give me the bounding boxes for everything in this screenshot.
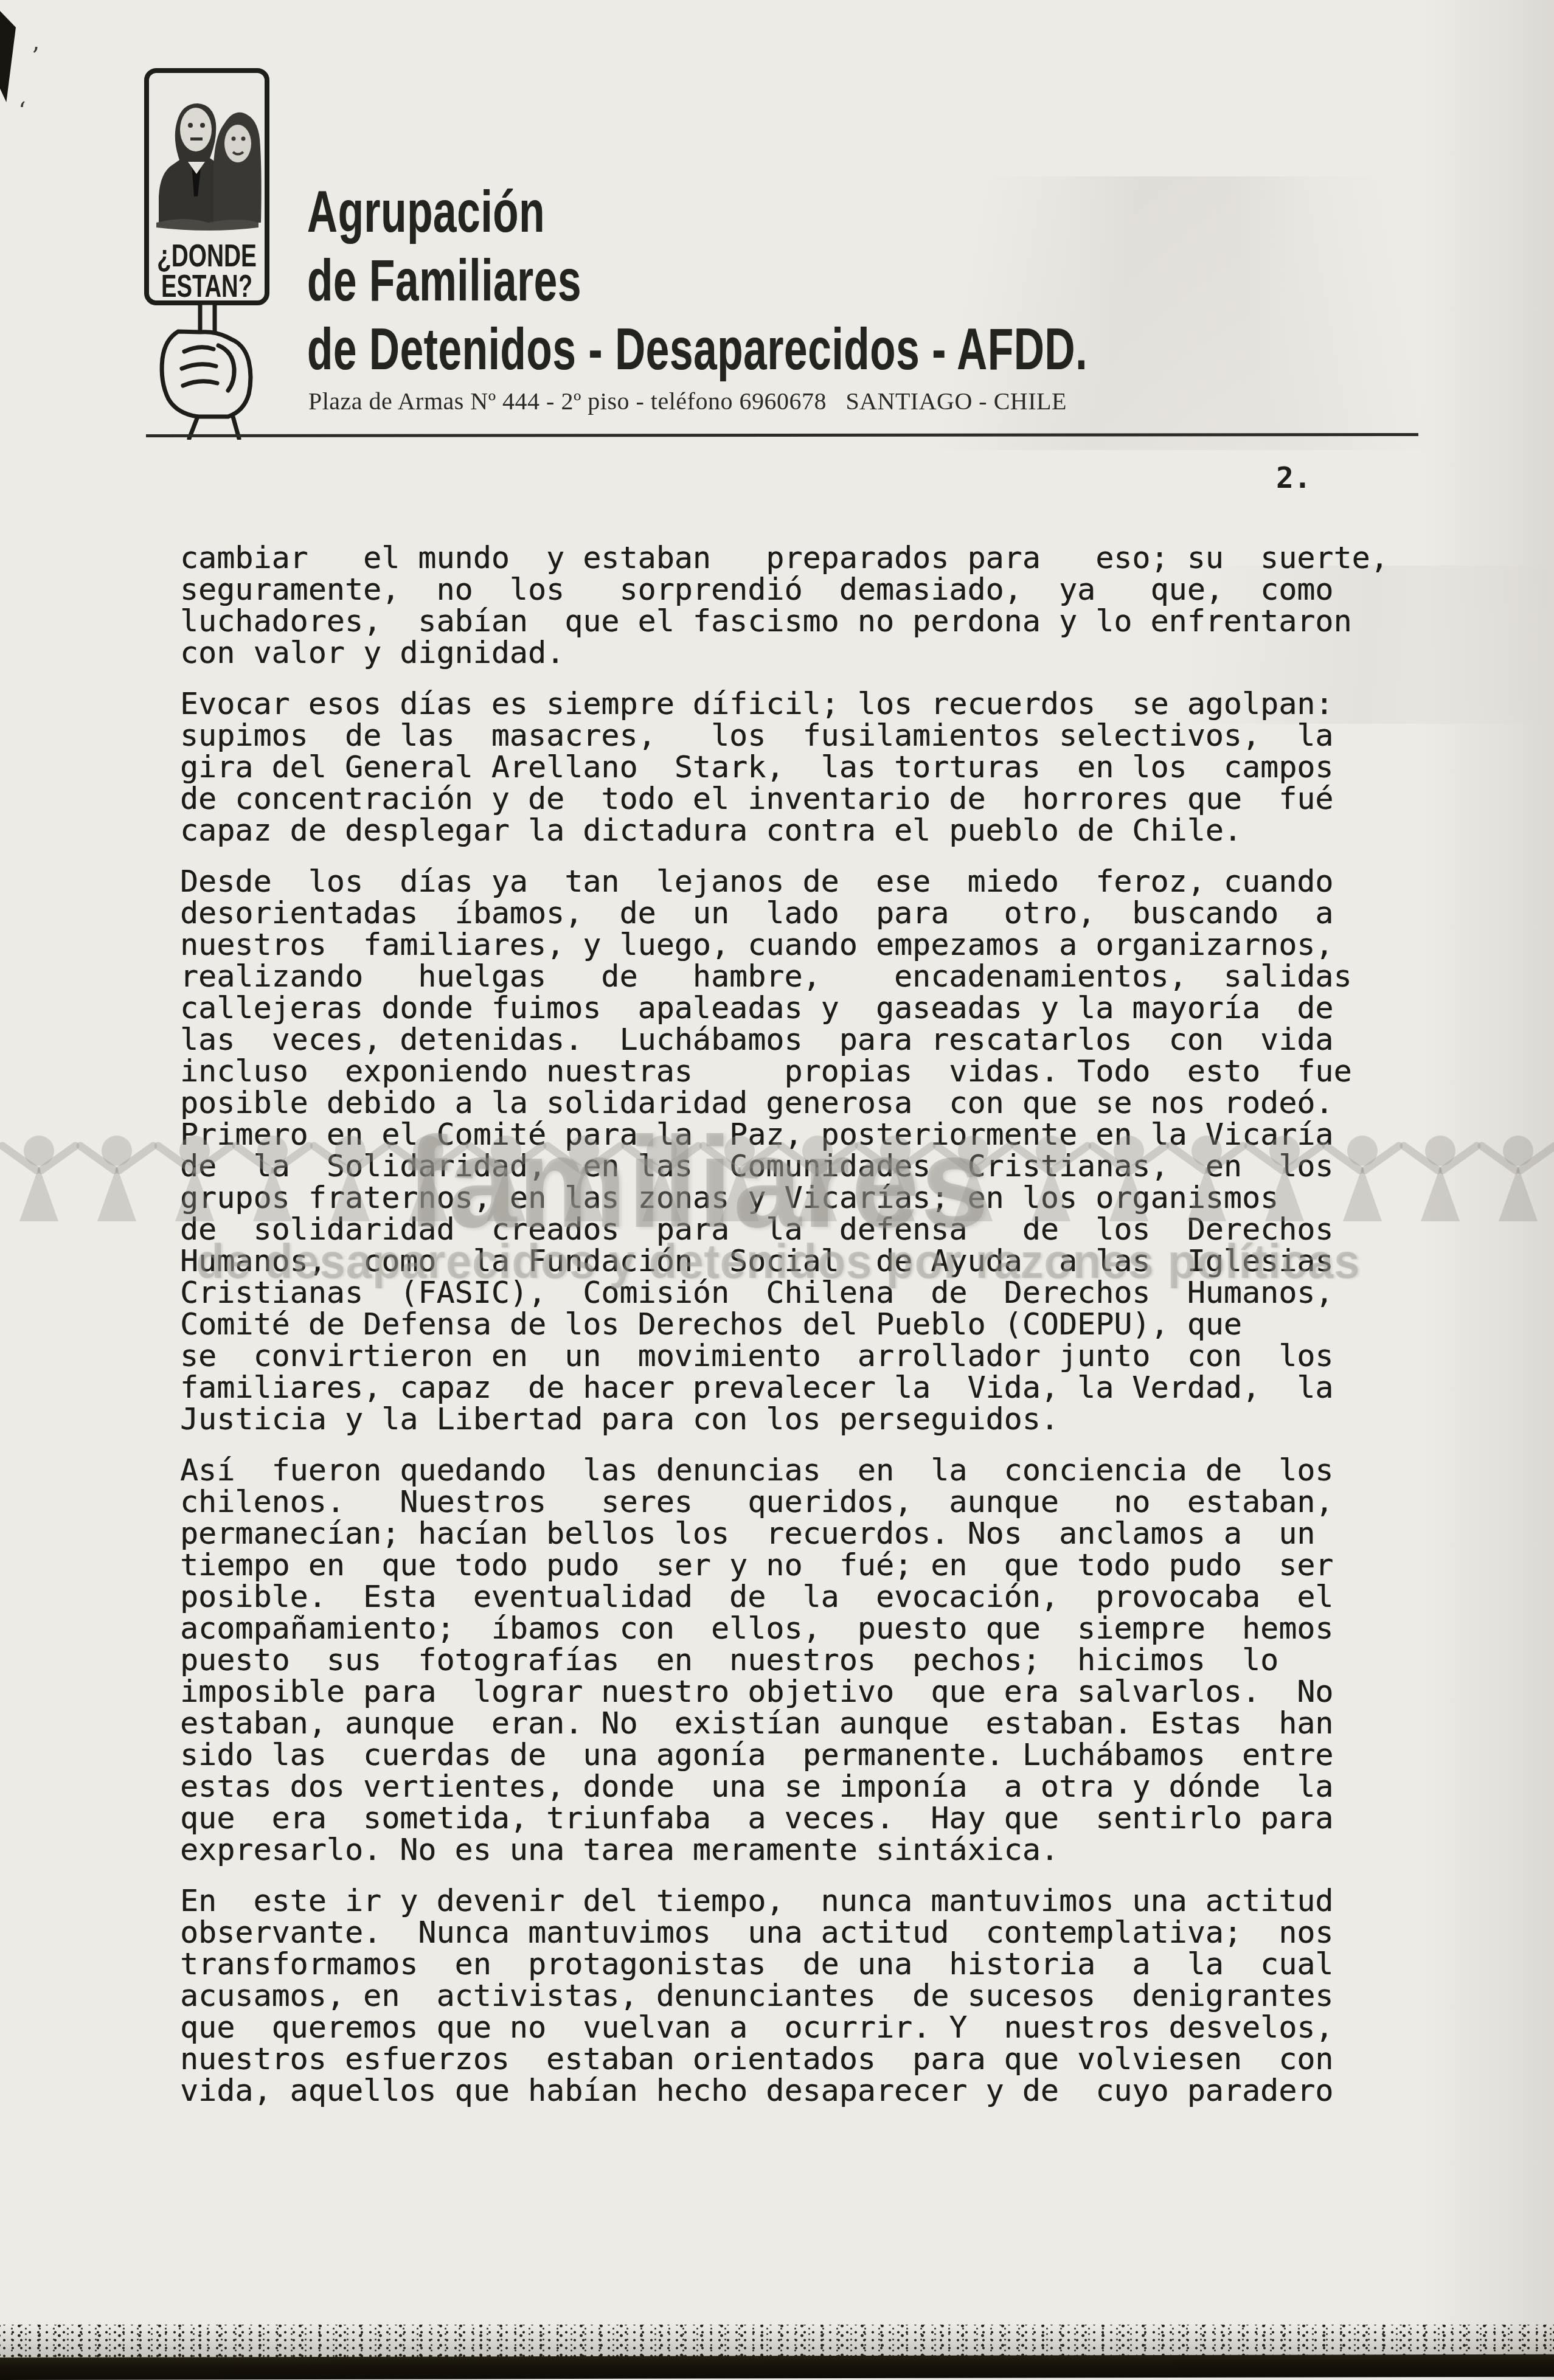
body-paragraph-1: cambiar el mundo y estaban preparados pa… [180, 542, 1389, 668]
org-name-line-1: Agrupación [307, 178, 1087, 246]
scan-corner-artifact [0, 11, 16, 102]
org-address: Plaza de Armas Nº 444 - 2º piso - teléfo… [308, 387, 1067, 415]
body-paragraph-5: En este ir y devenir del tiempo, nunca m… [180, 1885, 1333, 2106]
scan-speck: ’ [32, 43, 40, 71]
scan-speck: ‘ [18, 97, 26, 125]
org-name-line-3: de Detenidos - Desaparecidos - AFDD. [307, 315, 1087, 384]
scanned-document-page: ’ ‘ ¿DONDE ESTAN? [0, 0, 1554, 2380]
body-paragraph-3: Desde los días ya tan lejanos de ese mie… [180, 866, 1352, 1435]
afdd-logo: ¿DONDE ESTAN? [142, 66, 279, 440]
fist [162, 331, 251, 439]
page-number: 2. [1276, 461, 1311, 495]
org-name-line-2: de Familiares [307, 246, 1087, 315]
scan-bottom-edge [0, 2354, 1554, 2380]
sign-text-bottom: ESTAN? [161, 269, 252, 304]
body-paragraph-4: Así fueron quedando las denuncias en la … [180, 1454, 1333, 1865]
body-paragraph-2: Evocar esos días es siempre díficil; los… [180, 688, 1333, 846]
org-name: Agrupación de Familiares de Detenidos - … [307, 178, 1087, 384]
